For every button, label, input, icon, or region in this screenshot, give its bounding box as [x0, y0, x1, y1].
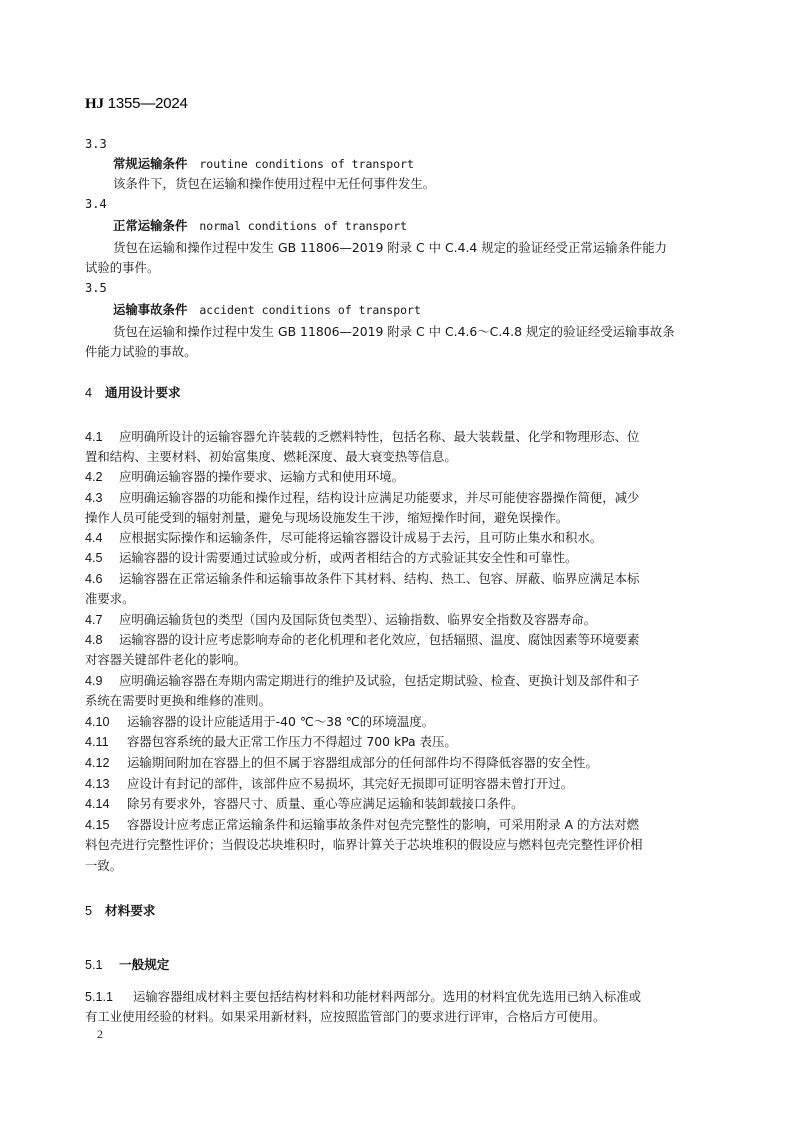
section-heading-4: 4通用设计要求	[85, 383, 708, 403]
term-cn: 正常运输条件	[113, 218, 187, 233]
term-number: 3.4	[85, 194, 708, 214]
clause-4-11: 4.11容器包容系统的最大正常工作压力不得超过 700 kPa 表压。	[85, 732, 708, 752]
clause-5-1-1: 5.1.1运输容器组成材料主要包括结构材料和功能材料两部分。选用的材料宜优先选用…	[85, 987, 708, 1007]
term-title: 运输事故条件accident conditions of transport	[85, 300, 708, 320]
term-cn: 常规运输条件	[113, 156, 187, 171]
clause-4-8-cont: 对容器关键部件老化的影响。	[85, 650, 708, 670]
clause-4-1: 4.1应明确所设计的运输容器允许装载的乏燃料特性，包括名称、最大装载量、化学和物…	[85, 427, 708, 447]
clause-4-14: 4.14除另有要求外，容器尺寸、质量、重心等应满足运输和装卸载接口条件。	[85, 794, 708, 814]
term-en: accident conditions of transport	[199, 303, 421, 317]
subsection-heading-5-1: 5.1一般规定	[85, 955, 708, 975]
term-definition-cont: 试验的事件。	[85, 258, 708, 278]
document-header: HJ 1355—2024	[85, 95, 188, 113]
clause-4-5: 4.5运输容器的设计需要通过试验或分析，或两者相结合的方式验证其安全性和可靠性。	[85, 548, 708, 568]
term-definition-cont: 件能力试验的事故。	[85, 342, 708, 362]
clause-4-10: 4.10运输容器的设计应能适用于-40 ℃～38 ℃的环境温度。	[85, 712, 708, 732]
document-page: HJ 1355—2024 3.3 常规运输条件routine condition…	[0, 0, 793, 1122]
term-number: 3.5	[85, 278, 708, 298]
clause-4-15: 4.15容器设计应考虑正常运输条件和运输事故条件对包壳完整性的影响，可采用附录 …	[85, 815, 708, 835]
term-cn: 运输事故条件	[113, 302, 187, 317]
clause-4-4: 4.4应根据实际操作和运输条件，尽可能将运输容器设计成易于去污，且可防止集水和积…	[85, 528, 708, 548]
clause-4-13: 4.13应设计有封记的部件，该部件应不易损坏，其完好无损即可证明容器未曾打开过。	[85, 774, 708, 794]
clause-4-3-cont: 操作人员可能受到的辐射剂量，避免与现场设施发生干涉，缩短操作时间，避免误操作。	[85, 508, 708, 528]
clause-4-12: 4.12运输期间附加在容器上的但不属于容器组成部分的任何部件均不得降低容器的安全…	[85, 753, 708, 773]
clause-4-3: 4.3应明确运输容器的功能和操作过程，结构设计应满足功能要求，并尽可能使容器操作…	[85, 488, 708, 508]
clause-4-8: 4.8运输容器的设计应考虑影响寿命的老化机理和老化效应，包括辐照、温度、腐蚀因素…	[85, 630, 708, 650]
clause-4-9-cont: 系统在需要时更换和维修的准则。	[85, 691, 708, 711]
term-en: routine conditions of transport	[199, 157, 414, 171]
clause-5-1-1-cont: 有工业使用经验的材料。如果采用新材料，应按照监管部门的要求进行评审，合格后方可使…	[85, 1007, 708, 1027]
term-definition: 货包在运输和操作过程中发生 GB 11806—2019 附录 C 中 C.4.6…	[85, 322, 708, 342]
term-definition: 该条件下，货包在运输和操作使用过程中无任何事件发生。	[85, 174, 708, 194]
term-definition: 货包在运输和操作过程中发生 GB 11806—2019 附录 C 中 C.4.4…	[85, 238, 708, 258]
clause-4-1-cont: 置和结构、主要材料、初始富集度、燃耗深度、最大衰变热等信息。	[85, 447, 708, 467]
clause-4-15-cont: 一致。	[85, 856, 708, 876]
clause-4-6: 4.6运输容器在正常运输条件和运输事故条件下其材料、结构、热工、包容、屏蔽、临界…	[85, 569, 708, 589]
clause-4-6-cont: 准要求。	[85, 589, 708, 609]
clause-4-15-cont: 料包壳进行完整性评价；当假设芯块堆积时，临界计算关于芯块堆积的假设应与燃料包壳完…	[85, 835, 708, 855]
clause-4-9: 4.9应明确运输容器在寿期内需定期进行的维护及试验，包括定期试验、检查、更换计划…	[85, 671, 708, 691]
section-heading-5: 5材料要求	[85, 901, 708, 921]
term-en: normal conditions of transport	[199, 219, 407, 233]
term-title: 常规运输条件routine conditions of transport	[85, 154, 708, 174]
page-number: 2	[97, 1027, 103, 1042]
doc-code: HJ	[85, 96, 104, 112]
term-title: 正常运输条件normal conditions of transport	[85, 216, 708, 236]
clause-4-2: 4.2应明确运输容器的操作要求、运输方式和使用环境。	[85, 467, 708, 487]
doc-number: 1355—2024	[108, 95, 188, 112]
clause-4-7: 4.7应明确运输货包的类型（国内及国际货包类型）、运输指数、临界安全指数及容器寿…	[85, 610, 708, 630]
term-number: 3.3	[85, 134, 708, 154]
